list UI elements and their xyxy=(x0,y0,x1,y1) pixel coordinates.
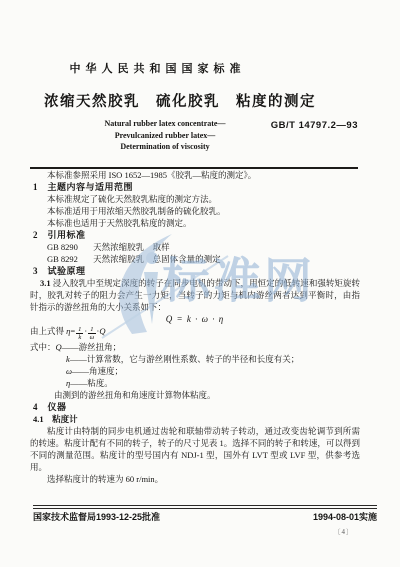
reference-code: GB 8292 xyxy=(47,253,91,265)
section2-heading: 2 引用标准 xyxy=(30,229,360,241)
english-title-line3: Determination of viscosity xyxy=(30,141,300,153)
section1-paragraph: 本标准适用于用浓缩天然胶乳制备的硫化胶乳。 xyxy=(30,205,360,217)
document-body: 本标准参照采用 ISO 1652—1985《胶乳—粘度的测定》。 1 主题内容与… xyxy=(30,169,360,485)
clause-text: 浸入胶乳中至规定深度的转子在同步电机的带动下，用恒定的低转速和强转矩旋转时，胶乳… xyxy=(30,278,360,312)
english-title: Natural rubber latex concentrate— Prevul… xyxy=(30,118,300,153)
reference-item: GB 8290 天然浓缩胶乳 取样 xyxy=(30,241,360,253)
formula-main: Q = k · ω · η xyxy=(30,313,360,325)
symbol-definition: ——粘度。 xyxy=(70,378,113,388)
reference-item: GB 8292 天然浓缩胶乳 总固体含量的测定 xyxy=(30,253,360,265)
fraction-1-over-omega: 1ω xyxy=(88,326,95,341)
section1-paragraph: 本标准也适用于天然胶乳粘度的测定。 xyxy=(30,217,360,229)
english-title-line2: Prevulcanized rubber latex— xyxy=(30,130,300,142)
definition-line: ω——角速度； xyxy=(30,365,360,377)
national-standard-label: 中华人民共和国国家标准 xyxy=(0,60,315,76)
approval-note: 国家技术监督局1993-12-25批准 xyxy=(33,510,160,523)
section4-1-heading: 4.1 粘度计 xyxy=(30,413,360,425)
q-symbol: Q xyxy=(99,326,105,336)
title-row: Natural rubber latex concentrate— Prevul… xyxy=(30,118,360,159)
clause-3-1: 3.1 浸入胶乳中至规定深度的转子在同步电机的带动下，用恒定的低转速和强转矩旋转… xyxy=(30,277,360,313)
formula-derivation: 由上式得 η=1k·1ω·Q xyxy=(30,325,360,341)
derivation-prefix: 由上式得 xyxy=(30,326,66,336)
reference-title: 天然浓缩胶乳 取样 xyxy=(93,242,170,252)
section3-heading: 3 试验原理 xyxy=(30,265,360,277)
symbol-definition: ——计算常数，它与游丝刚性系数、转子的半径和长度有关； xyxy=(70,354,300,364)
equals-sign: = xyxy=(70,326,75,336)
english-title-line1: Natural rubber latex concentrate— xyxy=(30,118,300,130)
clause-closing: 由测到的游丝扭角和角速度计算物体粘度。 xyxy=(30,389,360,401)
section1-paragraph: 本标准规定了硫化天然胶乳粘度的测定方法。 xyxy=(30,193,360,205)
standard-code: GB/T 14797.2—93 xyxy=(271,120,358,131)
definition-line: η——粘度。 xyxy=(30,377,360,389)
section4-heading: 4 仪器 xyxy=(30,401,360,413)
definition-line: 式中：Q——游丝扭角； xyxy=(30,341,360,353)
section4-paragraph: 粘度计由特制的同步电机通过齿轮和联轴带动转子转动，通过改变齿轮调节到所需的转速。… xyxy=(30,425,360,473)
iso-reference-note: 本标准参照采用 ISO 1652—1985《胶乳—粘度的测定》。 xyxy=(30,169,360,181)
page-number: 〔4〕 xyxy=(334,527,355,537)
section1-heading: 1 主题内容与适用范围 xyxy=(30,181,360,193)
footer: 国家技术监督局1993-12-25批准 1994-08-01实施 xyxy=(33,510,377,523)
scanned-standard-page: 标准网 中华人民共和国国家标准 浓缩天然胶乳 硫化胶乳 粘度的测定 Natura… xyxy=(0,0,400,567)
symbol-definition: ——角速度； xyxy=(72,366,123,376)
speed-note: 选择粘度计的转速为 60 r/min。 xyxy=(30,473,360,485)
symbol-definition: ——游丝扭角； xyxy=(62,342,122,352)
footer-divider xyxy=(33,505,377,509)
reference-code: GB 8290 xyxy=(47,241,91,253)
dot-operator: · xyxy=(84,326,87,336)
where-label: 式中： xyxy=(30,342,56,352)
definition-line: k——计算常数，它与游丝刚性系数、转子的半径和长度有关； xyxy=(30,353,360,365)
reference-title: 天然浓缩胶乳 总固体含量的测定 xyxy=(93,254,221,264)
fraction-1-over-k: 1k xyxy=(76,326,83,341)
clause-number: 3.1 xyxy=(40,278,51,288)
implementation-date: 1994-08-01实施 xyxy=(313,510,377,523)
page-title: 浓缩天然胶乳 硫化胶乳 粘度的测定 xyxy=(0,90,360,111)
